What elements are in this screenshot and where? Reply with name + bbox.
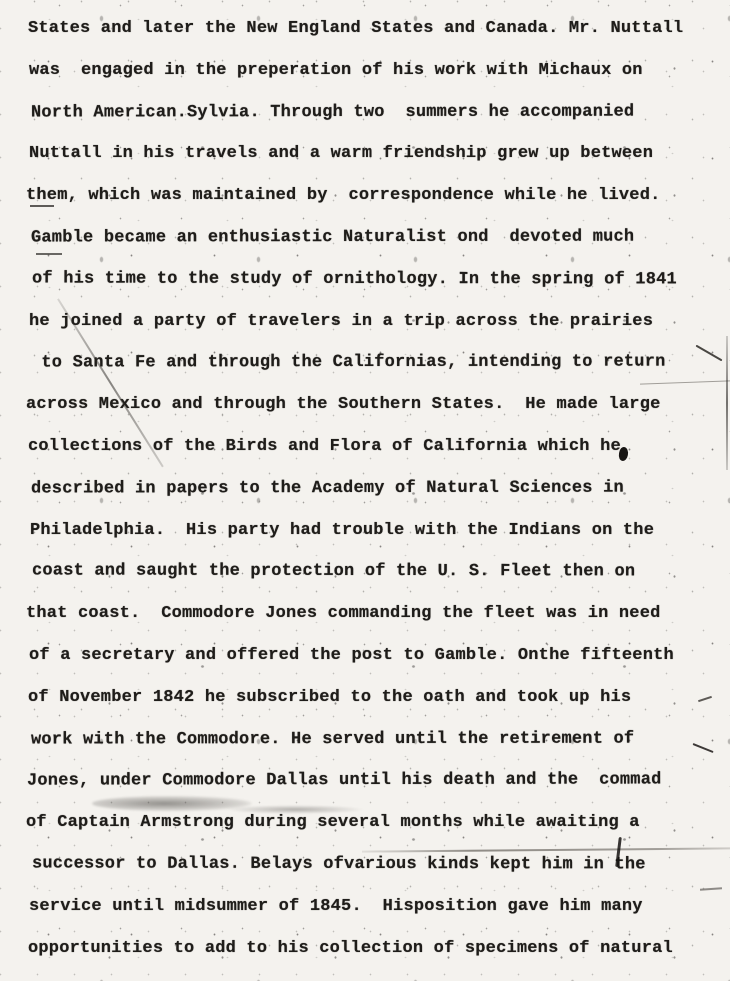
text-line: described in papers to the Academy of Na… xyxy=(31,467,721,510)
page-edge-line-artifact xyxy=(726,336,728,470)
text-line: of a secretary and offered the post to G… xyxy=(29,635,719,677)
text-line: service until midsummer of 1845. Hisposi… xyxy=(29,886,719,928)
text-line: Gamble became an enthusiastic Naturalist… xyxy=(31,217,721,260)
text-line: them, which was maintained by correspond… xyxy=(26,175,716,217)
text-line: work with the Commodore. He served until… xyxy=(31,718,721,761)
text-line: opportunities to add to his collection o… xyxy=(28,928,718,970)
text-line: of November 1842 he subscribed to the oa… xyxy=(28,677,718,719)
text-line: Jones, under Commodore Dallas until his … xyxy=(27,760,717,803)
text-line: across Mexico and through the Southern S… xyxy=(26,384,716,426)
text-line: he joined a party of travelers in a trip… xyxy=(29,301,719,343)
text-line: of his time to the study of ornithology.… xyxy=(32,258,722,301)
typewritten-text-block: States and later the New England States … xyxy=(28,8,718,969)
document-page: States and later the New England States … xyxy=(0,0,730,981)
text-line: of Captain Armstrong during several mont… xyxy=(26,802,716,844)
text-line: collections of the Birds and Flora of Ca… xyxy=(28,426,718,468)
text-line: was engaged in the preperation of his wo… xyxy=(29,50,719,92)
text-line: that coast. Commodore Jones commanding t… xyxy=(26,593,716,635)
text-line: North American.Sylvia. Through two summe… xyxy=(31,91,721,134)
text-line: coast and saught the protection of the U… xyxy=(32,551,722,594)
text-line: Nuttall in his travels and a warm friend… xyxy=(29,133,719,175)
text-line: successor to Dallas. Belays ofvarious ki… xyxy=(32,843,722,886)
text-line: Philadelphia. His party had trouble with… xyxy=(30,510,720,552)
text-line: to Santa Fe and through the Californias,… xyxy=(31,342,721,385)
text-line: States and later the New England States … xyxy=(28,8,718,50)
